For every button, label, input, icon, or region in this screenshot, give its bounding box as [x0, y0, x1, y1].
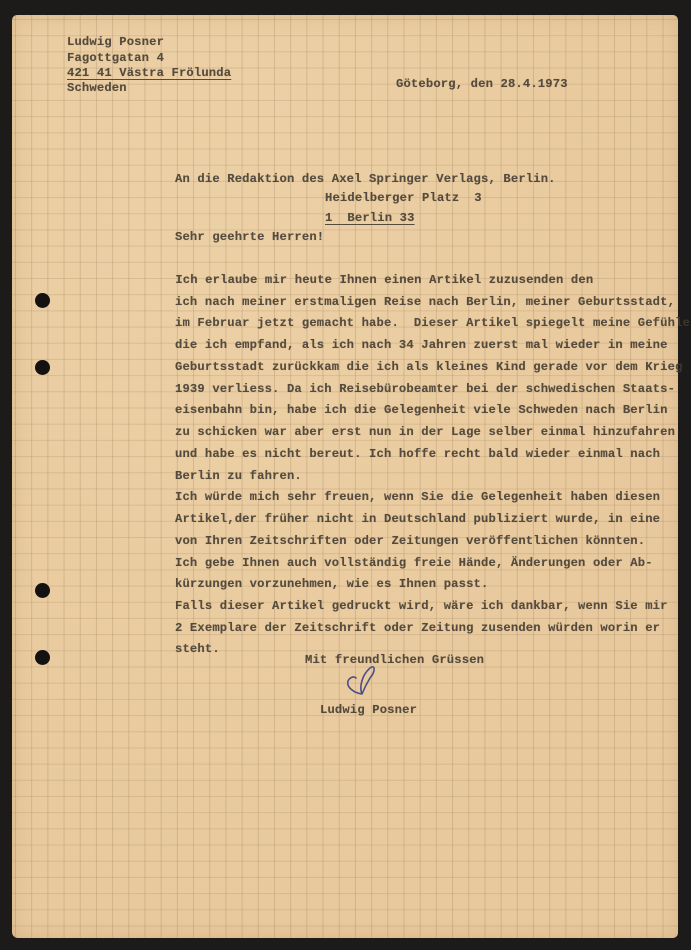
- body-line: Geburtsstadt zurückkam die ich als klein…: [175, 360, 683, 374]
- body-line: 1939 verliess. Da ich Reisebürobeamter b…: [175, 382, 675, 396]
- punch-hole: [35, 360, 50, 375]
- recipient-line-1: An die Redaktion des Axel Springer Verla…: [175, 172, 556, 186]
- body-line: eisenbahn bin, habe ich die Gelegenheit …: [175, 403, 668, 417]
- punch-hole: [35, 583, 50, 598]
- body-line: Berlin zu fahren.: [175, 469, 302, 483]
- body-line: Falls dieser Artikel gedruckt wird, wäre…: [175, 599, 668, 613]
- punch-hole: [35, 650, 50, 665]
- body-line: ich nach meiner erstmaligen Reise nach B…: [175, 295, 675, 309]
- body-line: im Februar jetzt gemacht habe. Dieser Ar…: [175, 316, 690, 330]
- body-line: die ich empfand, als ich nach 34 Jahren …: [175, 338, 668, 352]
- recipient-line-3: 1 Berlin 33: [325, 211, 415, 225]
- sender-postal-city: 421 41 Västra Frölunda: [67, 66, 231, 80]
- sender-street: Fagottgatan 4: [67, 51, 164, 65]
- body-line: zu schicken war aber erst nun in der Lag…: [175, 425, 675, 439]
- body-line: kürzungen vorzunehmen, wie es Ihnen pass…: [175, 577, 488, 591]
- place-date: Göteborg, den 28.4.1973: [396, 77, 568, 91]
- body-line: von Ihren Zeitschriften oder Zeitungen v…: [175, 534, 645, 548]
- body-line: und habe es nicht bereut. Ich hoffe rech…: [175, 447, 660, 461]
- body-line: Artikel,der früher nicht in Deutschland …: [175, 512, 660, 526]
- letter-page: [12, 15, 678, 938]
- body-line: 2 Exemplare der Zeitschrift oder Zeitung…: [175, 621, 660, 635]
- body-line: steht.: [175, 642, 220, 656]
- signature-name: Ludwig Posner: [320, 703, 417, 717]
- sender-name: Ludwig Posner: [67, 35, 164, 49]
- punch-hole: [35, 293, 50, 308]
- body-line: Ich würde mich sehr freuen, wenn Sie die…: [175, 490, 660, 504]
- body-line: Ich gebe Ihnen auch vollständig freie Hä…: [175, 556, 653, 570]
- recipient-line-2: Heidelberger Platz 3: [325, 191, 482, 205]
- closing: Mit freundlichen Grüssen: [305, 653, 484, 667]
- handwritten-signature: [340, 665, 385, 700]
- salutation: Sehr geehrte Herren!: [175, 230, 324, 244]
- sender-country: Schweden: [67, 81, 127, 95]
- body-line: Ich erlaube mir heute Ihnen einen Artike…: [138, 273, 593, 287]
